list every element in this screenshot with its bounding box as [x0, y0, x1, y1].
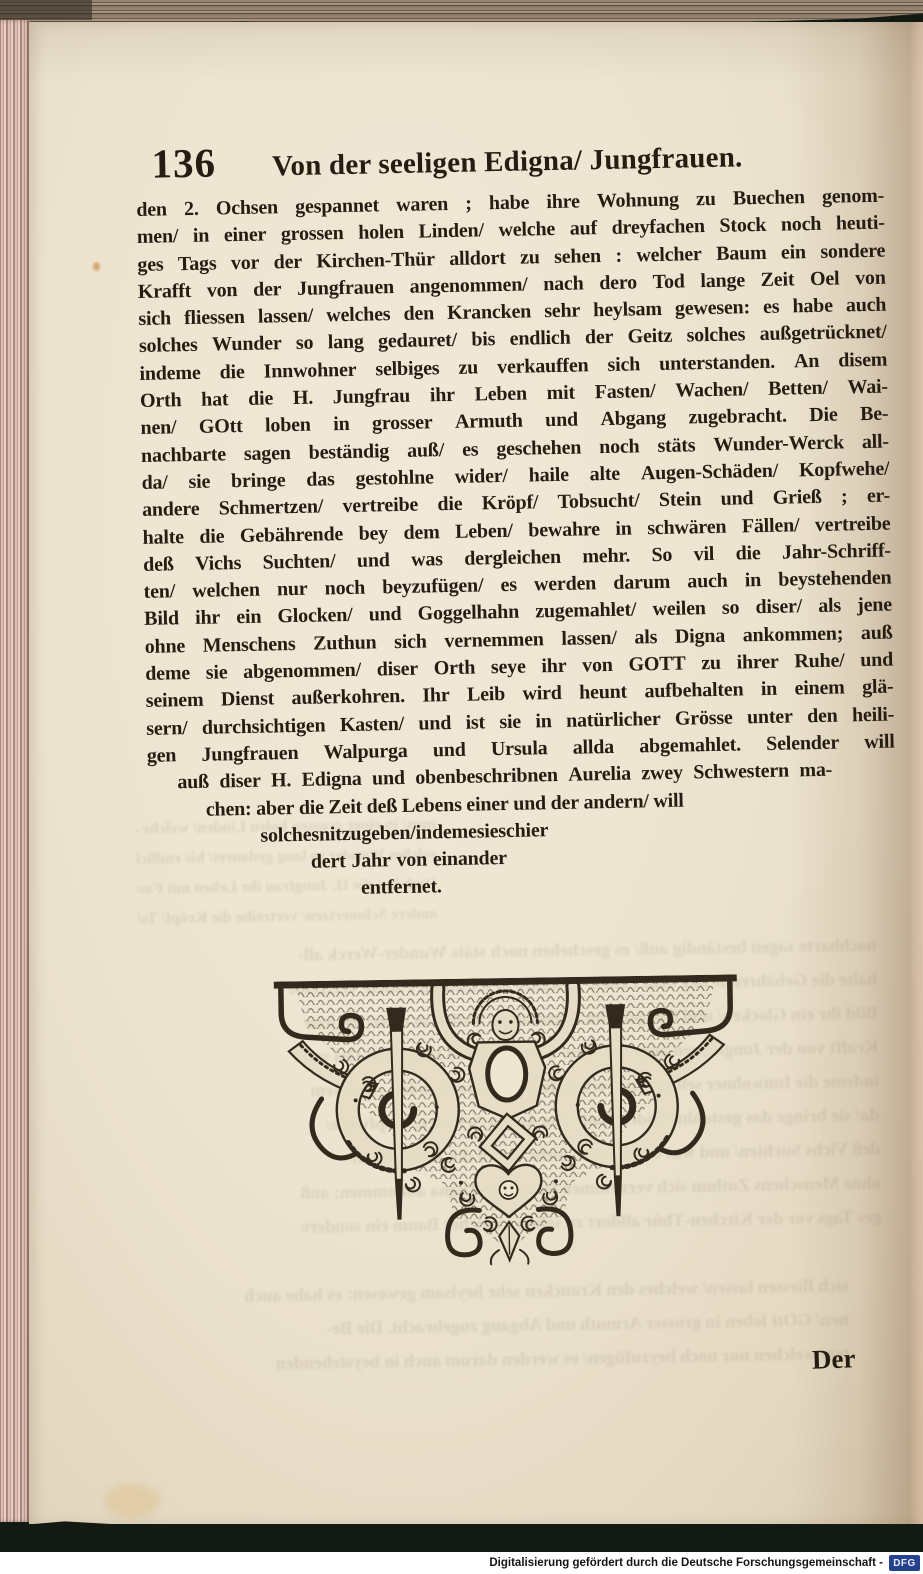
book-page: men/ in einer grossen holen Linden/ welc… — [29, 22, 923, 1524]
book-scan: men/ in einer grossen holen Linden/ welc… — [0, 0, 923, 1574]
paper-stain-small — [93, 262, 100, 271]
credit-text: Digitalisierung gefördert durch die Deut… — [489, 1557, 883, 1569]
text-line-tapered: dertJahrvoneinander — [311, 845, 507, 876]
digitization-credit-bar: Digitalisierung gefördert durch die Deut… — [0, 1552, 923, 1574]
body-text: den2.Ochsengespannetwaren;habeihreWohnun… — [136, 183, 897, 907]
running-header: 136 Von der seeligen Edigna/ Jungfrauen. — [151, 126, 884, 188]
printed-text-block: 136 Von der seeligen Edigna/ Jungfrauen.… — [135, 126, 898, 907]
book-fore-edge-stripes — [0, 20, 30, 1522]
woodcut-tailpiece-ornament — [268, 974, 747, 1271]
paper-stain-large — [104, 1484, 160, 1518]
text-line-tapered: entfernet. — [345, 873, 458, 902]
dfg-logo: DFG — [889, 1555, 920, 1571]
book-top-edge-shadow — [0, 0, 92, 20]
page-number: 136 — [151, 138, 216, 187]
verso-bleedthrough-text: sich fliessen lassen/ welches den Kranck… — [168, 1268, 850, 1382]
catchword: Der — [811, 1343, 856, 1375]
page-title: Von der seeligen Edigna/ Jungfrauen. — [272, 141, 743, 183]
